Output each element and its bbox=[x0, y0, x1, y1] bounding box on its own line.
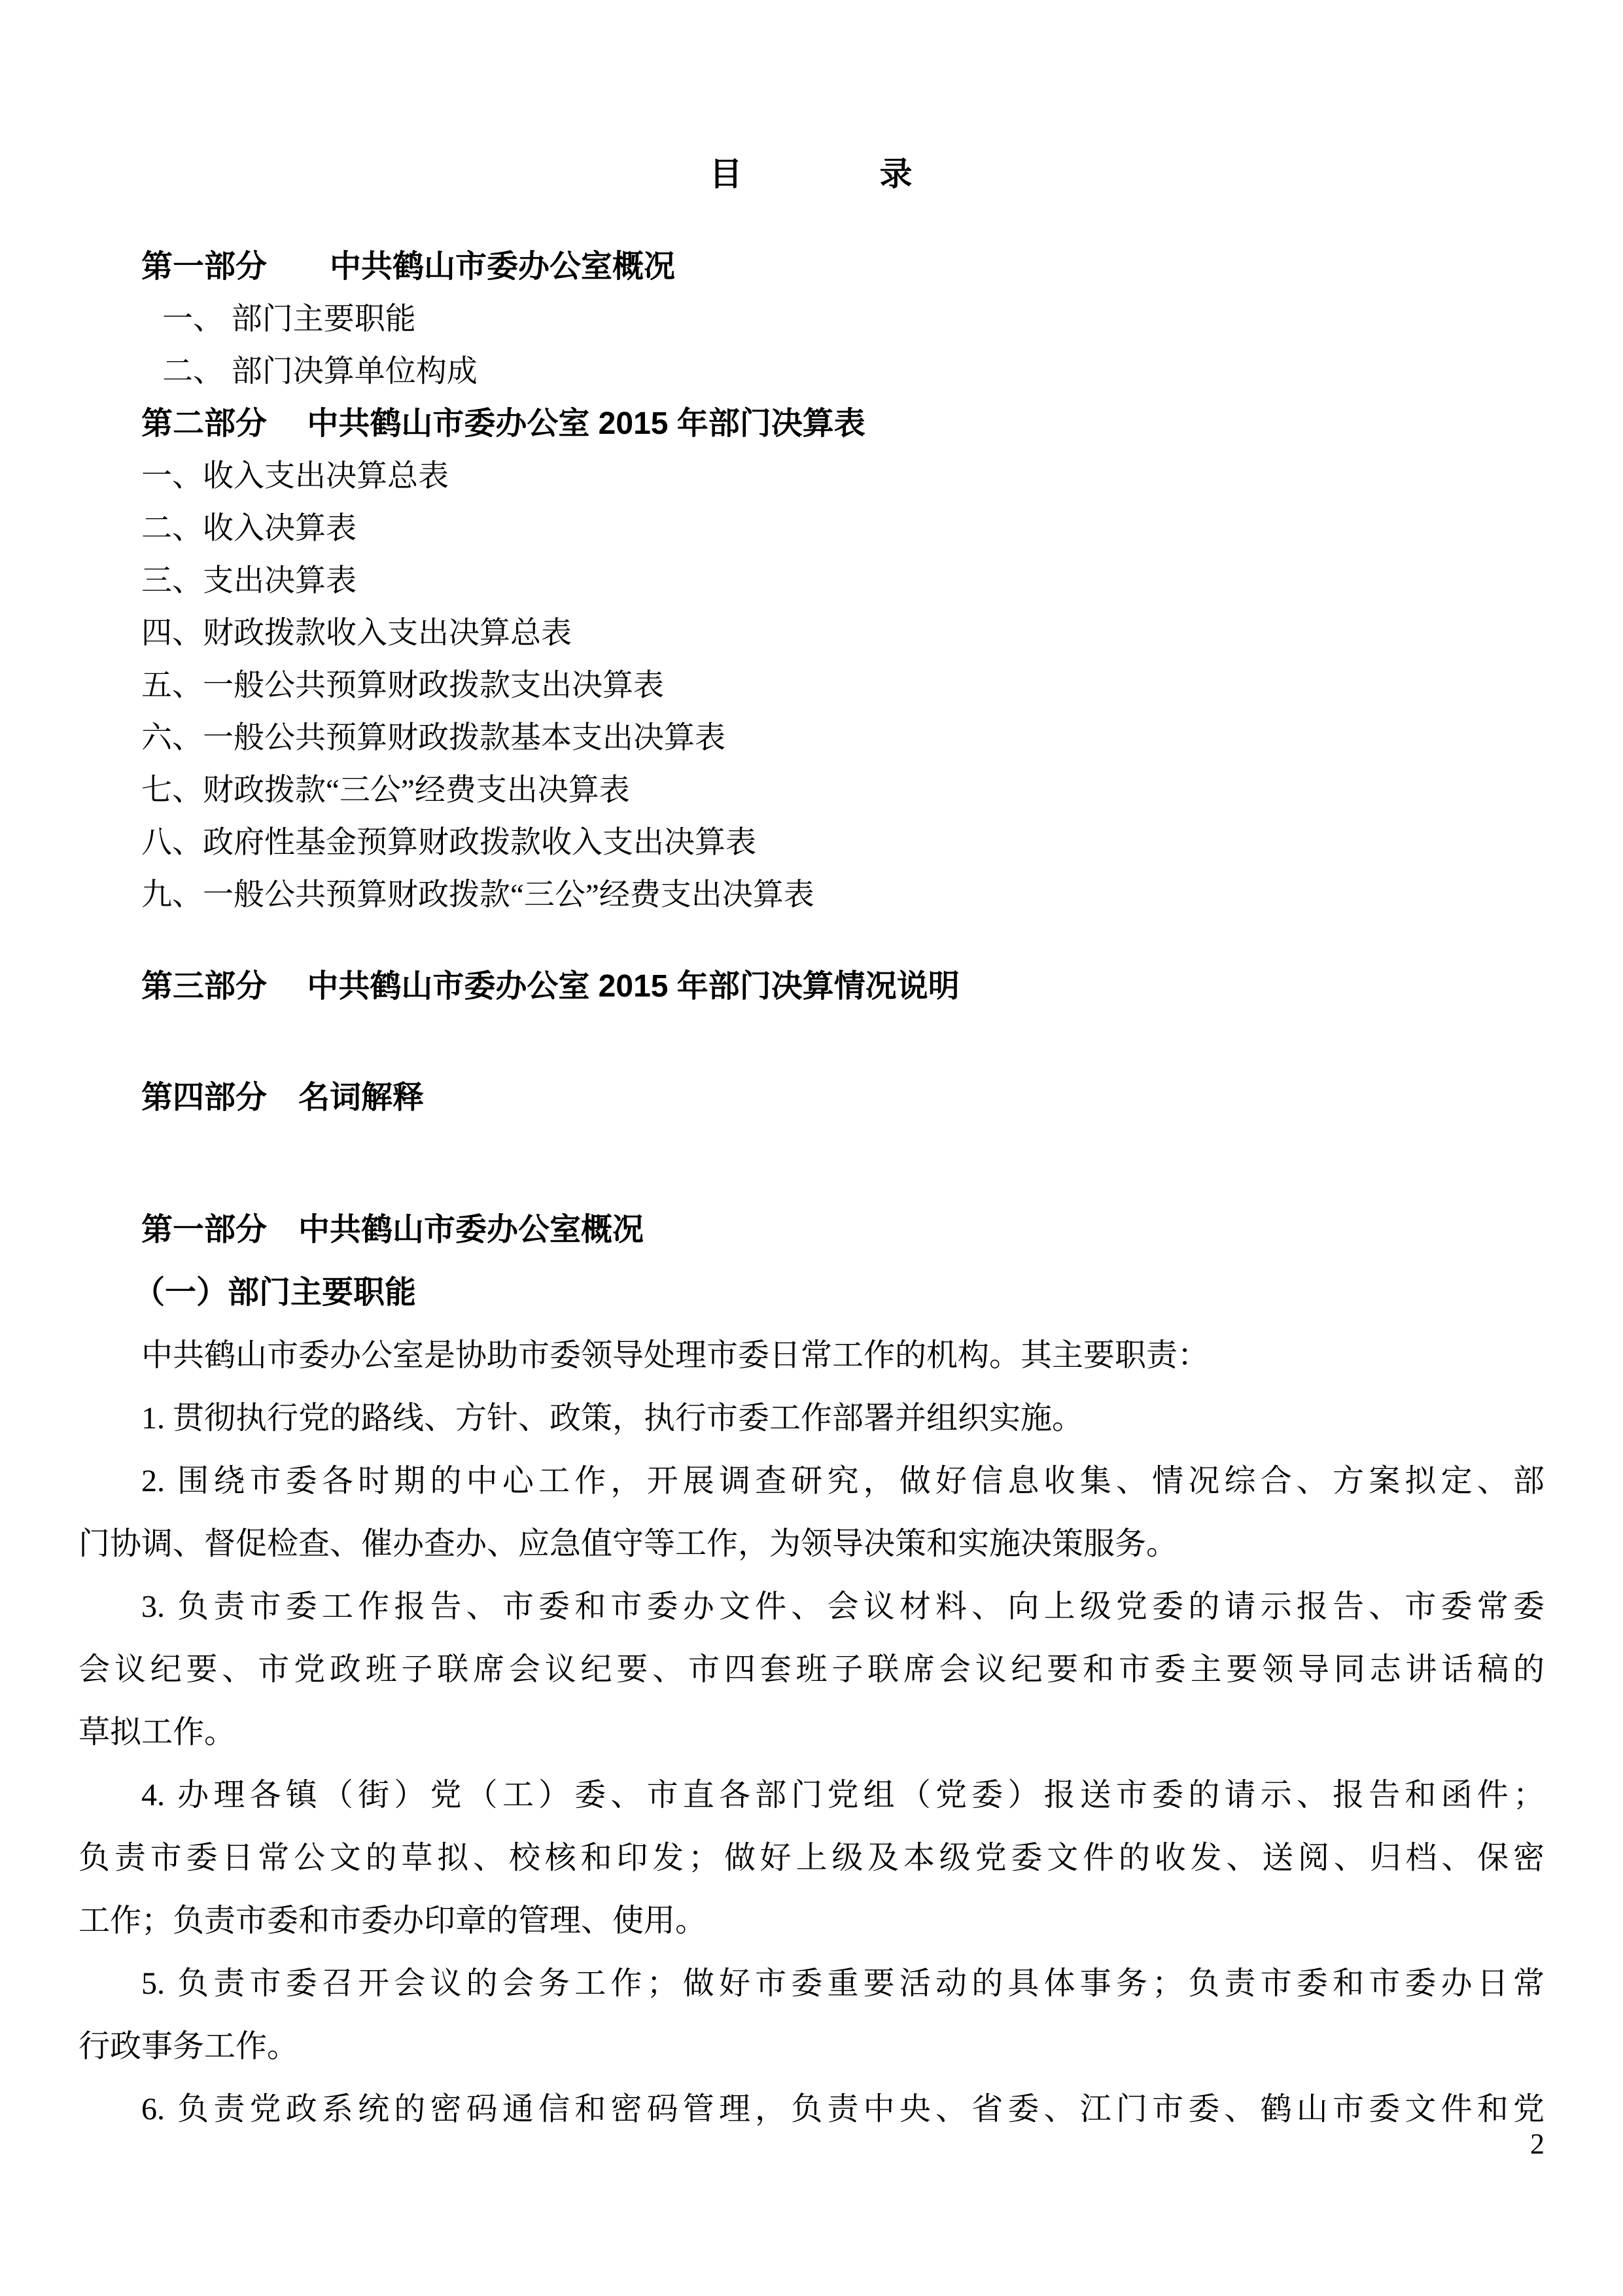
body-part-heading: 第一部分 中共鹤山市委办公室概况 bbox=[79, 1199, 1544, 1262]
toc-entry: 五、一般公共预算财政拨款支出决算表 bbox=[79, 660, 1544, 712]
toc-entry: 九、一般公共预算财政拨款“三公”经费支出决算表 bbox=[79, 869, 1544, 921]
body-line: 5. 负责市委召开会议的会务工作；做好市委重要活动的具体事务；负责市委和市委办日… bbox=[79, 1952, 1544, 2015]
body-line: 工作；负责市委和市委办印章的管理、使用。 bbox=[79, 1890, 1544, 1952]
page-number: 2 bbox=[79, 2128, 1544, 2161]
toc-entry: 七、财政拨款“三公”经费支出决算表 bbox=[79, 764, 1544, 817]
toc-part4-heading: 第四部分 名词解释 bbox=[141, 1072, 1544, 1124]
toc-entry: 一、收入支出决算总表 bbox=[79, 450, 1544, 503]
body-line: 1. 贯彻执行党的路线、方针、政策，执行市委工作部署并组织实施。 bbox=[79, 1387, 1544, 1450]
body-line: 行政事务工作。 bbox=[79, 2015, 1544, 2078]
toc-part3-heading: 第三部分 中共鹤山市委办公室 2015 年部门决算情况说明 bbox=[141, 961, 1544, 1013]
toc-entry: 八、政府性基金预算财政拨款收入支出决算表 bbox=[79, 817, 1544, 869]
body-paragraphs: 中共鹤山市委办公室是协助市委领导处理市委日常工作的机构。其主要职责：1. 贯彻执… bbox=[79, 1324, 1544, 2141]
toc-list: 第一部分 中共鹤山市委办公室概况一、 部门主要职能二、 部门决算单位构成第二部分… bbox=[79, 241, 1544, 921]
toc-entry: 二、收入决算表 bbox=[79, 503, 1544, 555]
toc-entry: 四、财政拨款收入支出决算总表 bbox=[79, 607, 1544, 660]
toc-entry: 二、 部门决算单位构成 bbox=[79, 345, 1544, 398]
toc-entry: 六、一般公共预算财政拨款基本支出决算表 bbox=[79, 712, 1544, 764]
toc-title: 目 录 bbox=[79, 152, 1544, 196]
toc-entry: 一、 部门主要职能 bbox=[79, 293, 1544, 345]
document-page: 目 录 第一部分 中共鹤山市委办公室概况一、 部门主要职能二、 部门决算单位构成… bbox=[0, 0, 1623, 2296]
body-line: 门协调、督促检查、催办查办、应急值守等工作，为领导决策和实施决策服务。 bbox=[79, 1513, 1544, 1576]
toc-entry-heading: 第二部分 中共鹤山市委办公室 2015 年部门决算表 bbox=[79, 398, 1544, 450]
body-line: 会议纪要、市党政班子联席会议纪要、市四套班子联席会议纪要和市委主要领导同志讲话稿… bbox=[79, 1638, 1544, 1701]
toc-entry-heading: 第一部分 中共鹤山市委办公室概况 bbox=[79, 241, 1544, 293]
body-line: 4. 办理各镇（街）党（工）委、市直各部门党组（党委）报送市委的请示、报告和函件… bbox=[79, 1764, 1544, 1827]
body-line: 2. 围绕市委各时期的中心工作，开展调查研究，做好信息收集、情况综合、方案拟定、… bbox=[79, 1450, 1544, 1513]
toc-entry: 三、支出决算表 bbox=[79, 555, 1544, 607]
body-sub-heading: （一）部门主要职能 bbox=[79, 1262, 1544, 1324]
body-line: 草拟工作。 bbox=[79, 1701, 1544, 1764]
body-line: 3. 负责市委工作报告、市委和市委办文件、会议材料、向上级党委的请示报告、市委常… bbox=[79, 1576, 1544, 1638]
body-section: 第一部分 中共鹤山市委办公室概况 （一）部门主要职能 中共鹤山市委办公室是协助市… bbox=[79, 1199, 1544, 2141]
body-line: 中共鹤山市委办公室是协助市委领导处理市委日常工作的机构。其主要职责： bbox=[79, 1324, 1544, 1387]
body-line: 负责市委日常公文的草拟、校核和印发；做好上级及本级党委文件的收发、送阅、归档、保… bbox=[79, 1827, 1544, 1890]
